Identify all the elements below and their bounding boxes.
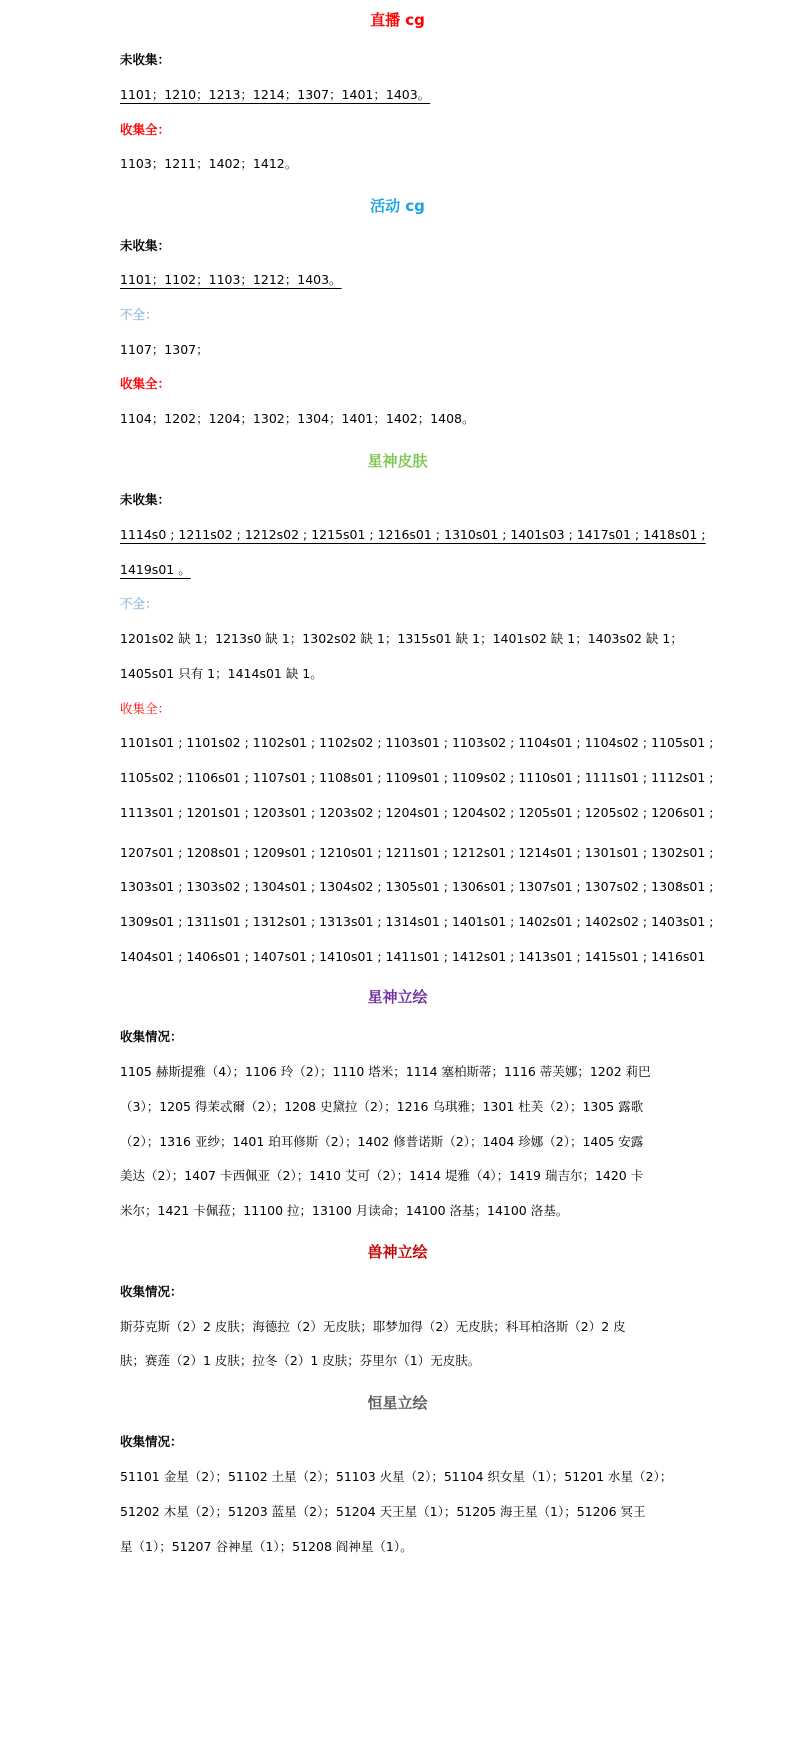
uncollected-label: 未收集： [120,491,170,509]
uncollected-label: 未收集： [120,51,170,69]
complete-line: 1404s01 ; 1406s01 ; 1407s01 ; 1410s01 ; … [120,948,705,966]
complete-list: 1104；1202；1204；1302；1304；1401；1402；1408。 [120,410,475,428]
partial-label: 不全： [120,595,158,613]
section-title-event-cg: 活动 cg [120,196,675,216]
section-title-star-god-portraits: 星神立绘 [120,987,675,1007]
complete-line: 1309s01 ; 1311s01 ; 1312s01 ; 1313s01 ; … [120,913,714,931]
partial-line: 1201s02 缺 1；1213s0 缺 1；1302s02 缺 1；1315s… [120,630,683,648]
complete-label: 收集全： [120,375,170,393]
complete-line: 1207s01 ; 1208s01 ; 1209s01 ; 1210s01 ; … [120,844,714,862]
status-line: 美达（2）；1407 卡西佩亚（2）；1410 艾可（2）；1414 堤雅（4）… [120,1167,643,1185]
status-line: 1105 赫斯提雅（4）；1106 玲（2）；1110 塔米；1114 塞柏斯蒂… [120,1063,651,1081]
complete-line: 1303s01 ; 1303s02 ; 1304s01 ; 1304s02 ; … [120,878,714,896]
partial-list: 1107；1307； [120,341,209,359]
status-label: 收集情况： [120,1433,183,1451]
complete-line: 1113s01 ; 1201s01 ; 1203s01 ; 1203s02 ; … [120,804,714,822]
complete-line: 1105s02 ; 1106s01 ; 1107s01 ; 1108s01 ; … [120,769,714,787]
uncollected-line: 1114s0 ; 1211s02 ; 1212s02 ; 1215s01 ; 1… [120,526,706,544]
uncollected-list: 1101；1102；1103；1212；1403。 [120,271,342,289]
uncollected-label: 未收集： [120,237,170,255]
status-label: 收集情况： [120,1283,183,1301]
status-line: （3）；1205 得茉忒爾（2）；1208 史黛拉（2）；1216 乌琪雅；13… [120,1098,643,1116]
complete-list: 1103；1211；1402；1412。 [120,155,297,173]
complete-line: 1101s01 ; 1101s02 ; 1102s01 ; 1102s02 ; … [120,734,714,752]
status-line: （2）；1316 亚纱；1401 珀耳修斯（2）；1402 修普诺斯（2）；14… [120,1133,643,1151]
section-title-live-cg: 直播 cg [120,10,675,30]
status-line: 51202 木星（2）；51203 蓝星（2）；51204 天王星（1）；512… [120,1503,646,1521]
status-line: 肤；赛莲（2）1 皮肤；拉冬（2）1 皮肤；芬里尔（1）无皮肤。 [120,1352,480,1370]
uncollected-list: 1101；1210；1213；1214；1307；1401；1403。 [120,86,430,104]
status-line: 51101 金星（2）；51102 土星（2）；51103 火星（2）；5110… [120,1468,672,1486]
status-line: 星（1）；51207 谷神星（1）；51208 阎神星（1）。 [120,1538,413,1556]
complete-label: 收集全： [120,700,170,718]
uncollected-line: 1419s01 。 [120,561,191,579]
status-label: 收集情况： [120,1028,183,1046]
status-line: 米尔；1421 卡佩菈；11100 拉；13100 月读命；14100 洛基；1… [120,1202,568,1220]
section-title-star-god-skins: 星神皮肤 [120,451,675,471]
section-title-beast-god-portraits: 兽神立绘 [120,1242,675,1262]
section-title-star-portraits: 恒星立绘 [120,1393,675,1413]
status-line: 斯芬克斯（2）2 皮肤；海德拉（2）无皮肤；耶梦加得（2）无皮肤；科耳柏洛斯（2… [120,1318,626,1336]
partial-label: 不全： [120,306,158,324]
complete-label: 收集全： [120,121,170,139]
partial-line: 1405s01 只有 1；1414s01 缺 1。 [120,665,323,683]
